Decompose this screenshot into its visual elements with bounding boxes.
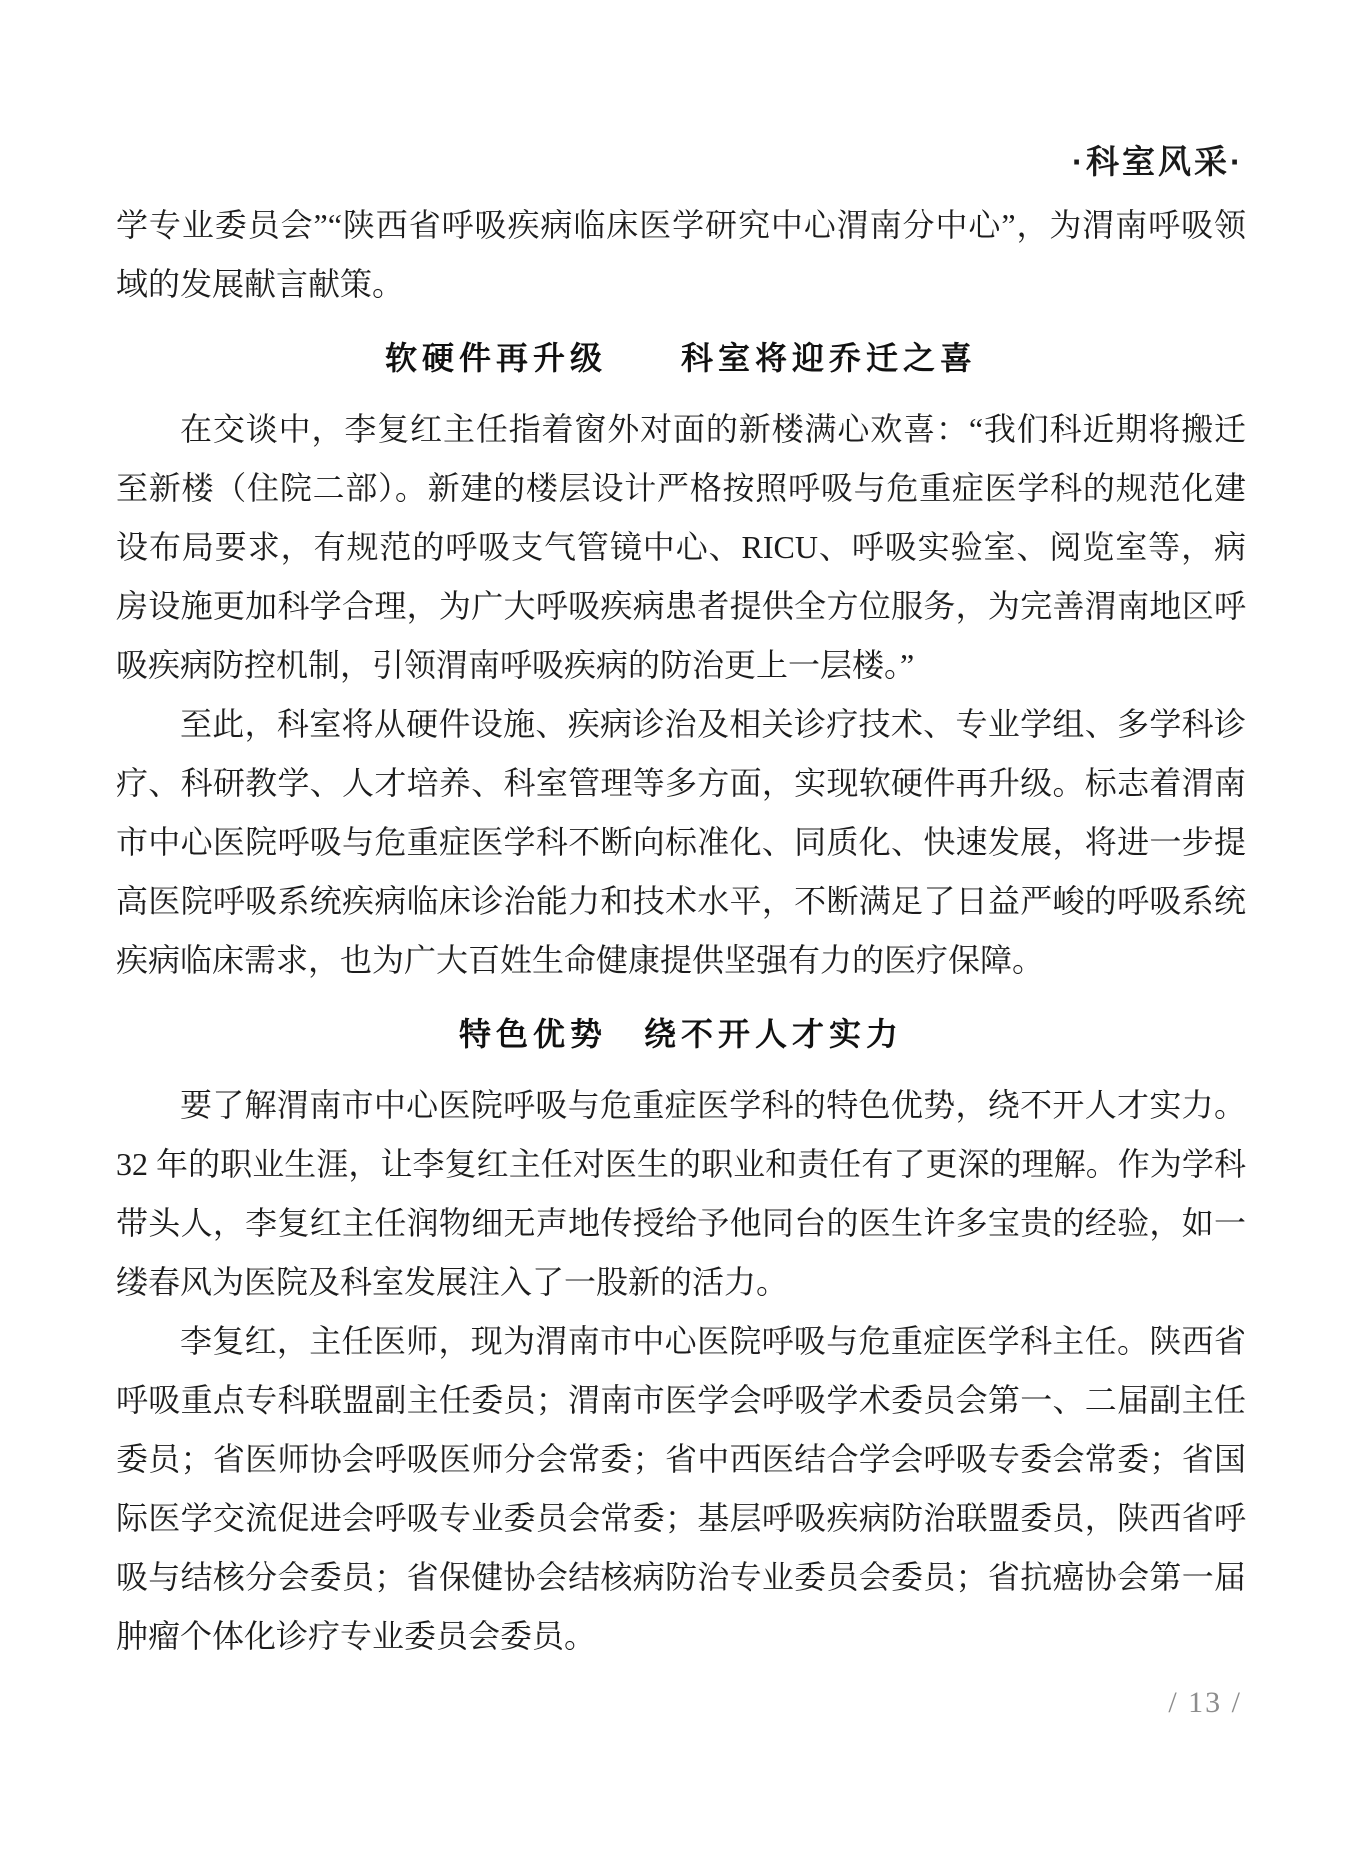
- paragraph-interview: 在交谈中，李复红主任指着窗外对面的新楼满心欢喜：“我们科近期将搬迁至新楼（住院二…: [116, 400, 1246, 695]
- column-header-label: ·科室风采·: [1072, 136, 1244, 183]
- section-heading-upgrade: 软硬件再升级 科室将迎乔迁之喜: [116, 335, 1246, 381]
- article-body: 学专业委员会”“陕西省呼吸疾病临床医学研究中心渭南分中心”，为渭南呼吸领域的发展…: [116, 196, 1246, 1666]
- document-page: ·科室风采· 学专业委员会”“陕西省呼吸疾病临床医学研究中心渭南分中心”，为渭南…: [0, 0, 1362, 1858]
- paragraph-career: 要了解渭南市中心医院呼吸与危重症医学科的特色优势，绕不开人才实力。32 年的职业…: [116, 1076, 1246, 1312]
- paragraph-bio: 李复红，主任医师，现为渭南市中心医院呼吸与危重症医学科主任。陕西省呼吸重点专科联…: [116, 1312, 1246, 1666]
- paragraph-summary: 至此，科室将从硬件设施、疾病诊治及相关诊疗技术、专业学组、多学科诊疗、科研教学、…: [116, 695, 1246, 990]
- paragraph-continuation: 学专业委员会”“陕西省呼吸疾病临床医学研究中心渭南分中心”，为渭南呼吸领域的发展…: [116, 196, 1246, 314]
- page-number: / 13 /: [1168, 1686, 1242, 1720]
- section-heading-talent: 特色优势 绕不开人才实力: [116, 1011, 1246, 1057]
